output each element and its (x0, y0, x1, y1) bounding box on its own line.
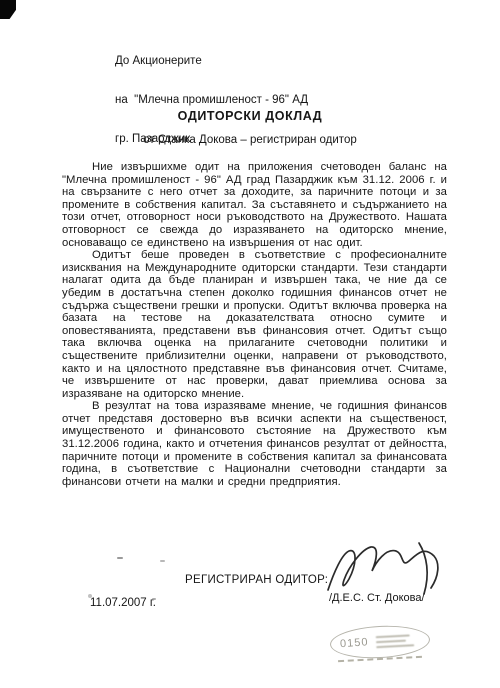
scan-speck (152, 598, 156, 600)
scan-speck (88, 594, 92, 598)
report-body: Ние извършихме одит на приложения счетов… (62, 161, 447, 488)
stamp-illegible-text (376, 634, 415, 648)
recipient-line-2: на "Млечна промишленост - 96" АД (115, 94, 308, 106)
scanned-audit-report-page: До Акционерите на "Млечна промишленост -… (0, 0, 500, 688)
registry-stamp: 0150 (329, 623, 431, 660)
paragraph-opinion: В резултат на това изразяваме мнение, че… (62, 400, 447, 488)
stamp-number: 0150 (331, 636, 369, 651)
document-title: ОДИТОРСКИ ДОКЛАД (0, 109, 500, 123)
document-date: 11.07.2007 г. (90, 597, 156, 609)
auditor-name: /Д.Е.С. Ст. Докова/ (329, 592, 425, 604)
scan-speck (160, 560, 165, 562)
paragraph-introduction: Ние извършихме одит на приложения счетов… (62, 161, 447, 249)
registered-auditor-label: РЕГИСТРИРАН ОДИТОР: (185, 574, 328, 586)
paragraph-audit-scope: Одитът беше проведен в съответствие с пр… (62, 249, 447, 400)
document-subtitle: от Станка Докова – регистриран одитор (0, 134, 500, 146)
scan-corner-artifact (0, 0, 16, 19)
handwritten-signature (318, 538, 450, 600)
recipient-line-1: До Акционерите (115, 55, 202, 67)
scan-speck (117, 557, 123, 559)
